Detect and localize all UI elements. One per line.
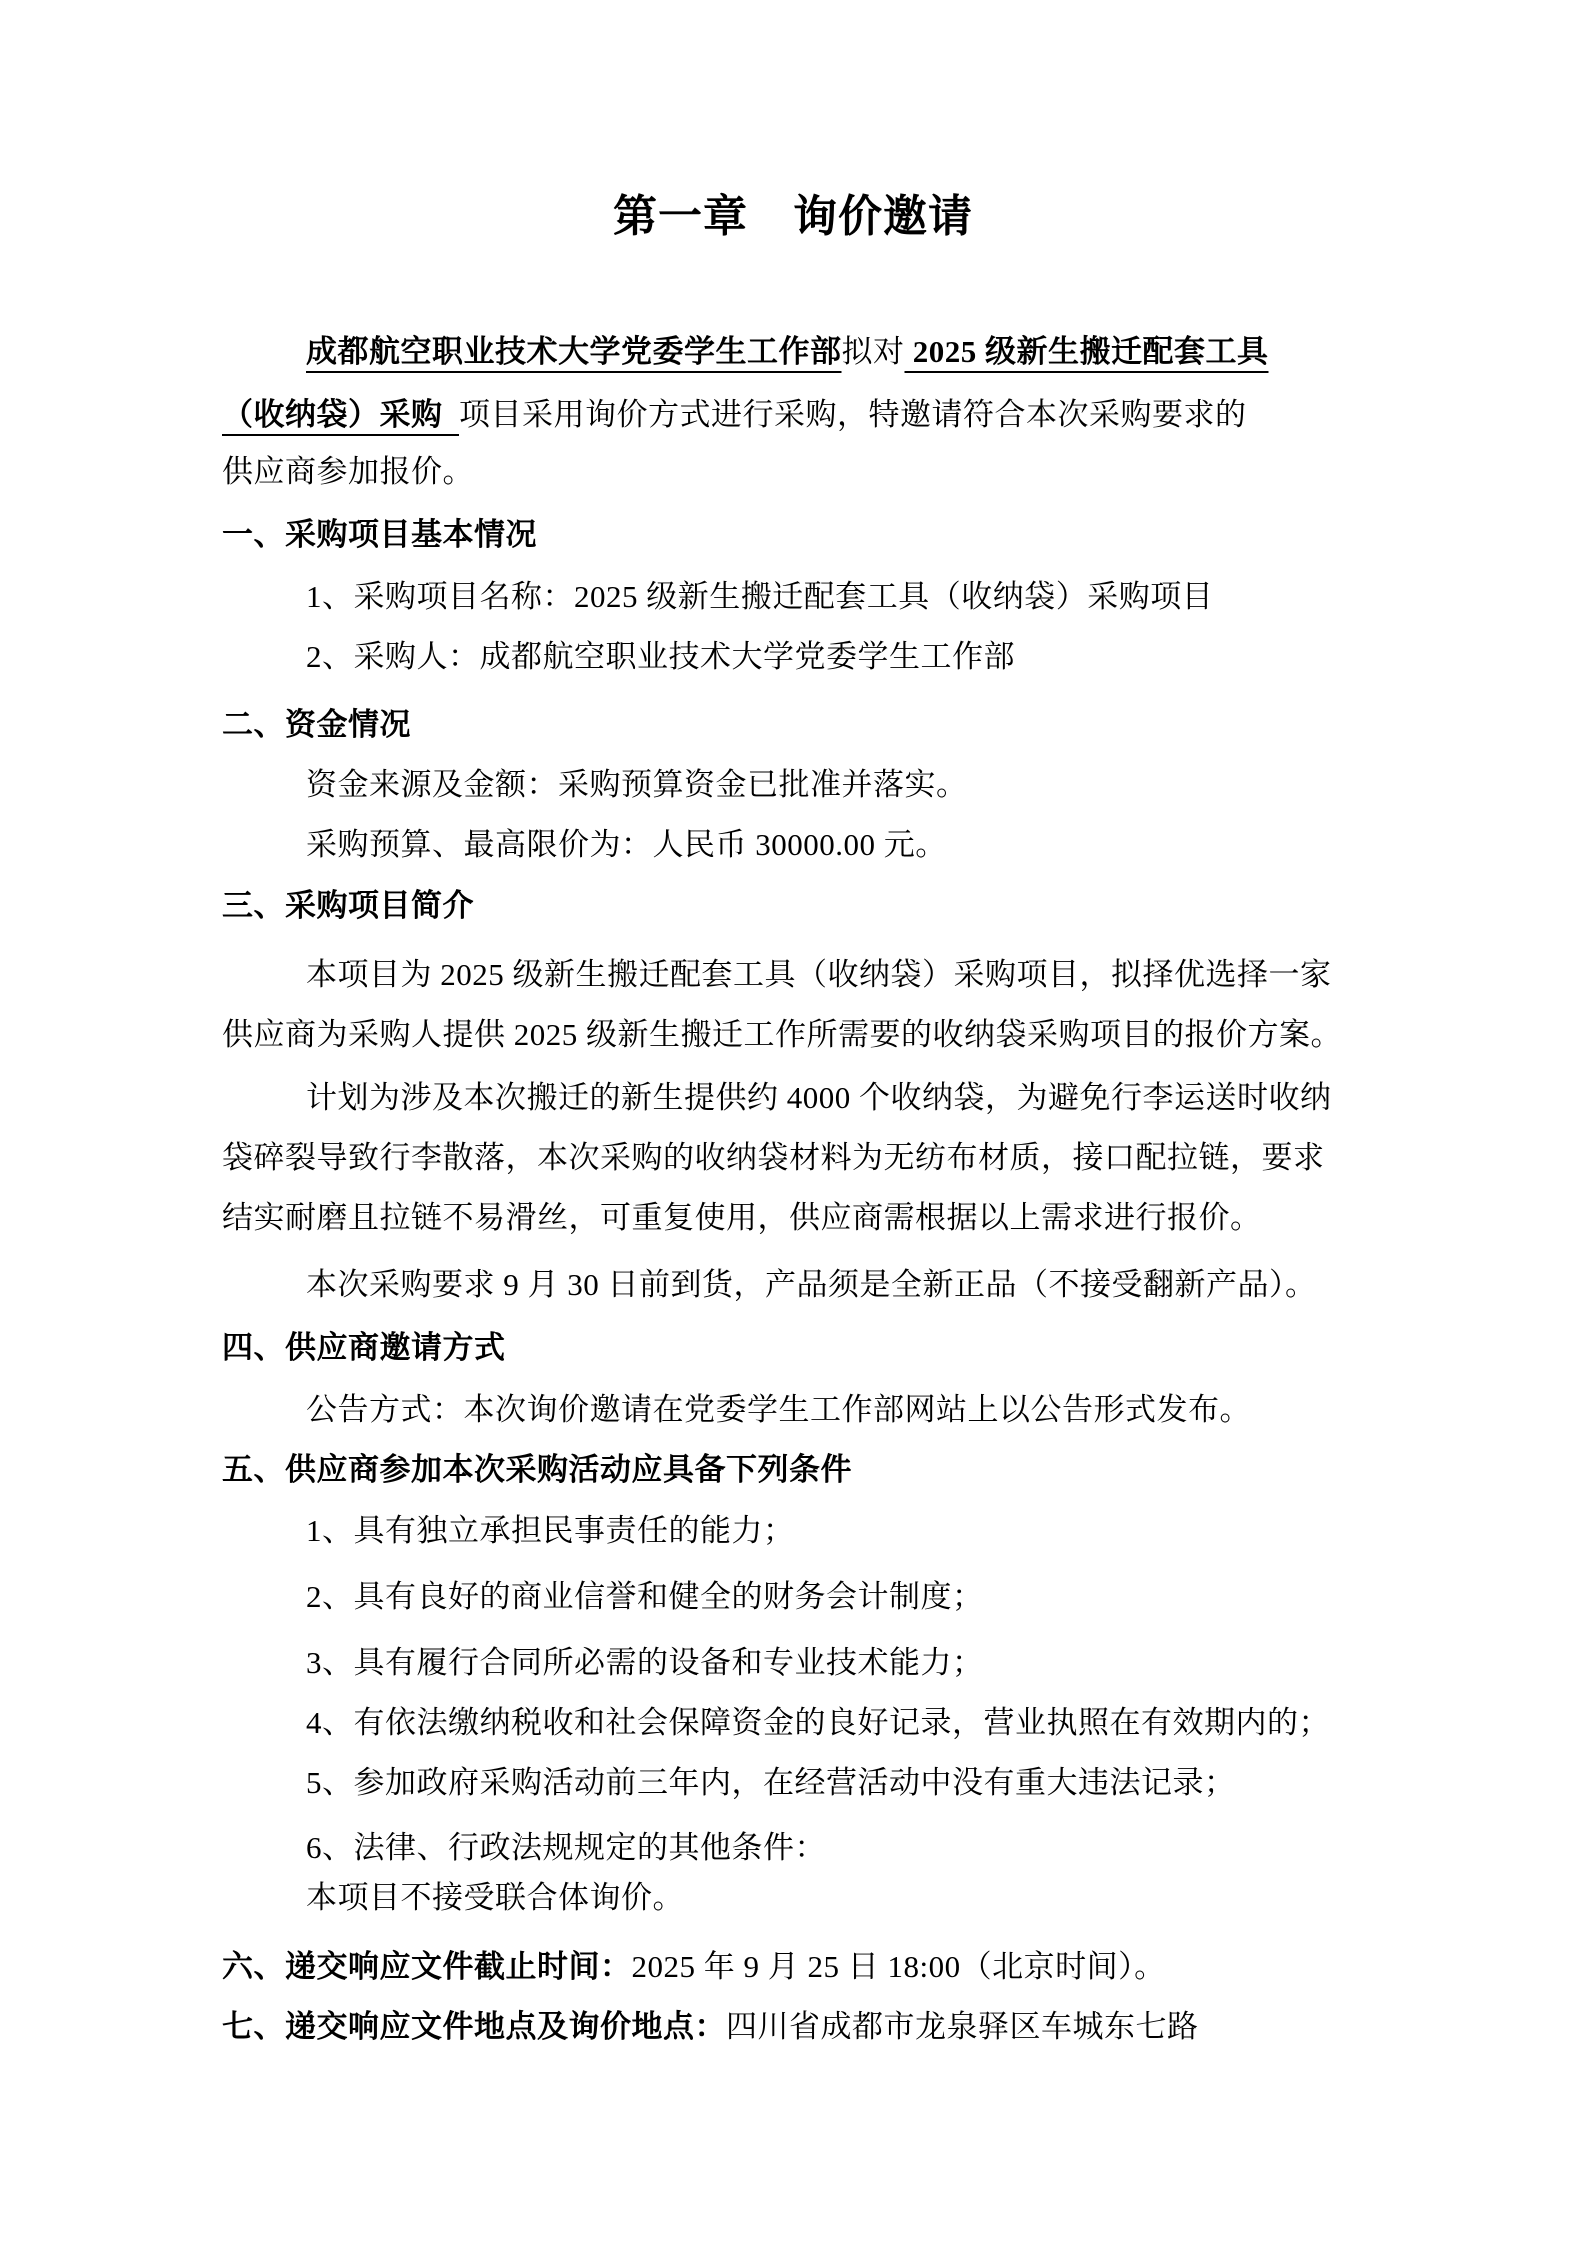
purchaser-name-underlined: 成都航空职业技术大学党委学生工作部: [306, 334, 842, 369]
section-3-heading: 三、采购项目简介: [222, 875, 1402, 937]
location-label: 七、递交响应文件地点及询价地点：: [222, 2009, 726, 2044]
section-1-heading-text: 一、采购项目基本情况: [222, 517, 537, 552]
project-intro-p2-line-3-text: 结实耐磨且拉链不易滑丝，可重复使用，供应商需根据以上需求进行报价。: [222, 1200, 1262, 1235]
qualification-item-3-text: 3、具有履行合同所必需的设备和专业技术能力；: [306, 1645, 984, 1680]
project-intro-p2-line-2: 袋碎裂导致行李散落，本次采购的收纳袋材料为无纺布材质，接口配拉链，要求: [222, 1127, 1402, 1189]
qualification-item-6-text: 6、法律、行政法规规定的其他条件：: [306, 1830, 826, 1865]
document-page: 第一章 询价邀请 成都航空职业技术大学党委学生工作部拟对 2025 级新生搬迁配…: [0, 0, 1586, 2245]
qualification-item-5-text: 5、参加政府采购活动前三年内，在经营活动中没有重大违法记录；: [306, 1765, 1236, 1800]
funding-source-text: 资金来源及金额：采购预算资金已批准并落实。: [306, 767, 968, 802]
project-intro-p1-line-2: 供应商为采购人提供 2025 级新生搬迁工作所需要的收纳袋采购项目的报价方案。: [222, 1004, 1402, 1066]
project-name-underlined-part2: （收纳袋）采购: [222, 397, 459, 432]
announcement-method-text: 公告方式：本次询价邀请在党委学生工作部网站上以公告形式发布。: [306, 1392, 1251, 1427]
item-purchaser: 2、采购人：成都航空职业技术大学党委学生工作部: [306, 626, 1402, 688]
section-5-heading-text: 五、供应商参加本次采购活动应具备下列条件: [222, 1452, 852, 1487]
project-intro-p2-line-3: 结实耐磨且拉链不易滑丝，可重复使用，供应商需根据以上需求进行报价。: [222, 1187, 1402, 1249]
budget-limit-line: 采购预算、最高限价为：人民币 30000.00 元。: [306, 814, 1402, 876]
section-5-heading: 五、供应商参加本次采购活动应具备下列条件: [222, 1439, 1402, 1501]
delivery-requirement-line: 本次采购要求 9 月 30 日前到货，产品须是全新正品（不接受翻新产品）。: [306, 1254, 1402, 1316]
no-consortium-note-text: 本项目不接受联合体询价。: [306, 1880, 684, 1915]
project-name-underlined-part1: 2025 级新生搬迁配套工具: [905, 334, 1269, 369]
no-consortium-note: 本项目不接受联合体询价。: [306, 1867, 1402, 1929]
project-intro-p2-line-1: 计划为涉及本次搬迁的新生提供约 4000 个收纳袋，为避免行李运送时收纳: [306, 1067, 1402, 1129]
funding-source-line: 资金来源及金额：采购预算资金已批准并落实。: [306, 754, 1402, 816]
project-intro-p2-line-1-text: 计划为涉及本次搬迁的新生提供约 4000 个收纳袋，为避免行李运送时收纳: [306, 1080, 1332, 1115]
location-line: 七、递交响应文件地点及询价地点：四川省成都市龙泉驿区车城东七路: [222, 1996, 1402, 2058]
intro-body-text: 项目采用询价方式进行采购，特邀请符合本次采购要求的: [459, 397, 1247, 432]
deadline-line: 六、递交响应文件截止时间：2025 年 9 月 25 日 18:00（北京时间）…: [222, 1936, 1402, 1998]
intro-connector: 拟对: [842, 334, 905, 369]
qualification-item-4-text: 4、有依法缴纳税收和社会保障资金的良好记录，营业执照在有效期内的；: [306, 1705, 1330, 1740]
chapter-title: 第一章 询价邀请: [0, 186, 1586, 248]
item-project-name: 1、采购项目名称：2025 级新生搬迁配套工具（收纳袋）采购项目: [306, 566, 1402, 628]
project-intro-p1-line-1: 本项目为 2025 级新生搬迁配套工具（收纳袋）采购项目，拟择优选择一家: [306, 944, 1402, 1006]
section-2-heading: 二、资金情况: [222, 694, 1402, 756]
project-intro-p1-line-1-text: 本项目为 2025 级新生搬迁配套工具（收纳袋）采购项目，拟择优选择一家: [306, 957, 1332, 992]
location-value: 四川省成都市龙泉驿区车城东七路: [726, 2009, 1199, 2044]
section-4-heading: 四、供应商邀请方式: [222, 1317, 1402, 1379]
item-purchaser-text: 2、采购人：成都航空职业技术大学党委学生工作部: [306, 639, 1015, 674]
qualification-item-2: 2、具有良好的商业信誉和健全的财务会计制度；: [306, 1566, 1402, 1628]
deadline-value: 2025 年 9 月 25 日 18:00（北京时间）。: [632, 1949, 1166, 1984]
delivery-requirement-text: 本次采购要求 9 月 30 日前到货，产品须是全新正品（不接受翻新产品）。: [306, 1267, 1317, 1302]
intro-line-1: 成都航空职业技术大学党委学生工作部拟对 2025 级新生搬迁配套工具: [306, 321, 1402, 383]
intro-line-3-text: 供应商参加报价。: [222, 454, 474, 489]
section-2-heading-text: 二、资金情况: [222, 707, 411, 742]
section-1-heading: 一、采购项目基本情况: [222, 504, 1402, 566]
qualification-item-3: 3、具有履行合同所必需的设备和专业技术能力；: [306, 1632, 1402, 1694]
deadline-label: 六、递交响应文件截止时间：: [222, 1949, 632, 1984]
qualification-item-5: 5、参加政府采购活动前三年内，在经营活动中没有重大违法记录；: [306, 1752, 1402, 1814]
qualification-item-4: 4、有依法缴纳税收和社会保障资金的良好记录，营业执照在有效期内的；: [306, 1692, 1402, 1754]
budget-limit-text: 采购预算、最高限价为：人民币 30000.00 元。: [306, 827, 947, 862]
announcement-method-line: 公告方式：本次询价邀请在党委学生工作部网站上以公告形式发布。: [306, 1379, 1402, 1441]
qualification-item-1-text: 1、具有独立承担民事责任的能力；: [306, 1513, 795, 1548]
project-intro-p1-line-2-text: 供应商为采购人提供 2025 级新生搬迁工作所需要的收纳袋采购项目的报价方案。: [222, 1017, 1342, 1052]
project-intro-p2-line-2-text: 袋碎裂导致行李散落，本次采购的收纳袋材料为无纺布材质，接口配拉链，要求: [222, 1140, 1325, 1175]
section-3-heading-text: 三、采购项目简介: [222, 888, 474, 923]
item-project-name-text: 1、采购项目名称：2025 级新生搬迁配套工具（收纳袋）采购项目: [306, 579, 1213, 614]
qualification-item-2-text: 2、具有良好的商业信誉和健全的财务会计制度；: [306, 1579, 984, 1614]
qualification-item-1: 1、具有独立承担民事责任的能力；: [306, 1500, 1402, 1562]
intro-line-3: 供应商参加报价。: [222, 441, 1402, 503]
intro-line-2: （收纳袋）采购 项目采用询价方式进行采购，特邀请符合本次采购要求的: [222, 384, 1402, 446]
section-4-heading-text: 四、供应商邀请方式: [222, 1330, 506, 1365]
